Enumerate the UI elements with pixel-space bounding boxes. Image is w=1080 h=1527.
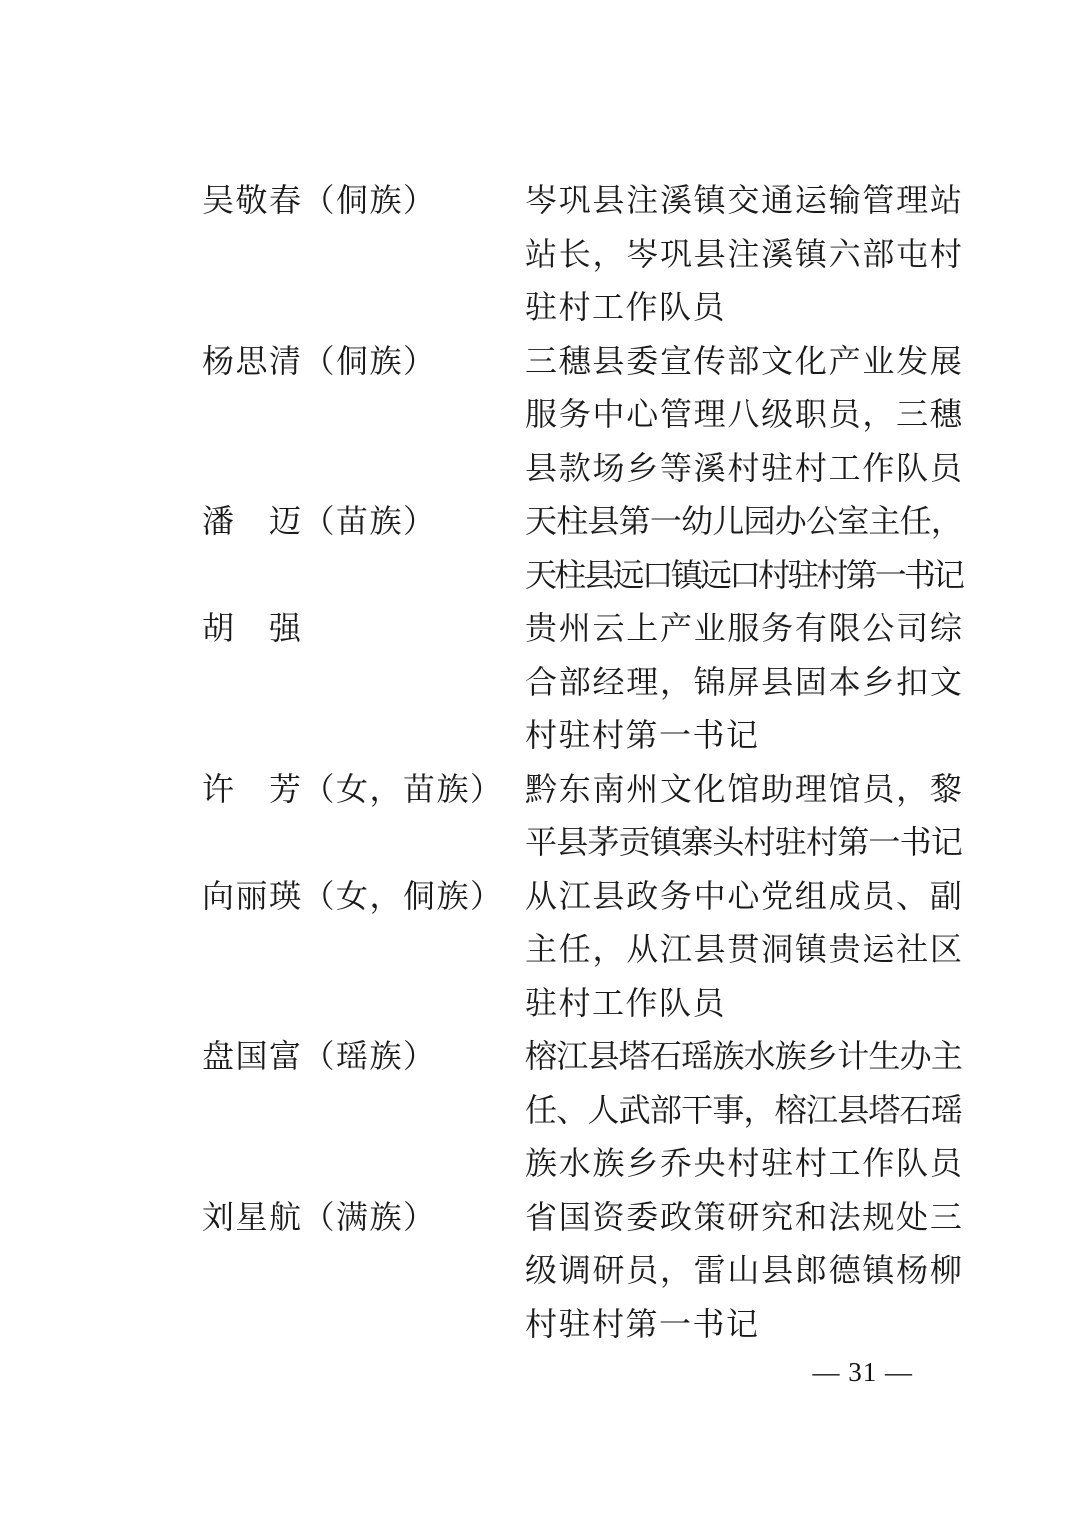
list-item: 胡 强贵州云上产业服务有限公司综合部经理，锦屏县固本乡扣文村驻村第一书记 <box>202 602 962 763</box>
position-line: 三穗县委宣传部文化产业发展 <box>525 335 962 389</box>
position-line: 天柱县第一幼儿园办公室主任， <box>525 495 962 549</box>
person-position: 黔东南州文化馆助理馆员，黎平县茅贡镇寨头村驻村第一书记 <box>525 763 962 870</box>
position-line: 黔东南州文化馆助理馆员，黎 <box>525 763 962 817</box>
person-name: 胡 强 <box>202 602 525 656</box>
award-list: 吴敬春（侗族）岑巩县注溪镇交通运输管理站站长，岑巩县注溪镇六部屯村驻村工作队员杨… <box>202 174 962 1351</box>
list-item: 许 芳（女，苗族）黔东南州文化馆助理馆员，黎平县茅贡镇寨头村驻村第一书记 <box>202 763 962 870</box>
position-line: 服务中心管理八级职员，三穗 <box>525 388 962 442</box>
position-line: 站长，岑巩县注溪镇六部屯村 <box>525 228 962 282</box>
person-position: 岑巩县注溪镇交通运输管理站站长，岑巩县注溪镇六部屯村驻村工作队员 <box>525 174 962 335</box>
person-name: 许 芳（女，苗族） <box>202 763 525 817</box>
position-line: 驻村工作队员 <box>525 281 962 335</box>
list-item: 潘 迈（苗族）天柱县第一幼儿园办公室主任，天柱县远口镇远口村驻村第一书记 <box>202 495 962 602</box>
position-line: 合部经理，锦屏县固本乡扣文 <box>525 656 962 710</box>
person-position: 贵州云上产业服务有限公司综合部经理，锦屏县固本乡扣文村驻村第一书记 <box>525 602 962 763</box>
person-name: 向丽瑛（女，侗族） <box>202 870 525 924</box>
person-name: 盘国富（瑶族） <box>202 1030 525 1084</box>
position-line: 县款场乡等溪村驻村工作队员 <box>525 442 962 496</box>
person-name: 潘 迈（苗族） <box>202 495 525 549</box>
person-name: 吴敬春（侗族） <box>202 174 525 228</box>
list-item: 盘国富（瑶族）榕江县塔石瑶族水族乡计生办主任、人武部干事，榕江县塔石瑶族水族乡乔… <box>202 1030 962 1191</box>
position-line: 榕江县塔石瑶族水族乡计生办主 <box>525 1030 962 1084</box>
list-item: 吴敬春（侗族）岑巩县注溪镇交通运输管理站站长，岑巩县注溪镇六部屯村驻村工作队员 <box>202 174 962 335</box>
list-item: 向丽瑛（女，侗族）从江县政务中心党组成员、副主任，从江县贯洞镇贵运社区驻村工作队… <box>202 870 962 1031</box>
list-item: 刘星航（满族）省国资委政策研究和法规处三级调研员，雷山县郎德镇杨柳村驻村第一书记 <box>202 1191 962 1352</box>
position-line: 驻村工作队员 <box>525 977 962 1031</box>
position-line: 从江县政务中心党组成员、副 <box>525 870 962 924</box>
document-page: 吴敬春（侗族）岑巩县注溪镇交通运输管理站站长，岑巩县注溪镇六部屯村驻村工作队员杨… <box>0 0 1080 1527</box>
position-line: 岑巩县注溪镇交通运输管理站 <box>525 174 962 228</box>
page-number: — 31 — <box>813 1356 914 1388</box>
person-name: 刘星航（满族） <box>202 1191 525 1245</box>
position-line: 平县茅贡镇寨头村驻村第一书记 <box>525 816 962 870</box>
position-line: 省国资委政策研究和法规处三 <box>525 1191 962 1245</box>
list-item: 杨思清（侗族）三穗县委宣传部文化产业发展服务中心管理八级职员，三穗县款场乡等溪村… <box>202 335 962 496</box>
person-position: 天柱县第一幼儿园办公室主任，天柱县远口镇远口村驻村第一书记 <box>525 495 962 602</box>
position-line: 村驻村第一书记 <box>525 709 962 763</box>
person-position: 三穗县委宣传部文化产业发展服务中心管理八级职员，三穗县款场乡等溪村驻村工作队员 <box>525 335 962 496</box>
position-line: 贵州云上产业服务有限公司综 <box>525 602 962 656</box>
person-name: 杨思清（侗族） <box>202 335 525 389</box>
position-line: 族水族乡乔央村驻村工作队员 <box>525 1137 962 1191</box>
position-line: 级调研员，雷山县郎德镇杨柳 <box>525 1244 962 1298</box>
position-line: 天柱县远口镇远口村驻村第一书记 <box>525 549 962 603</box>
position-line: 任、人武部干事，榕江县塔石瑶 <box>525 1084 962 1138</box>
position-line: 村驻村第一书记 <box>525 1298 962 1352</box>
person-position: 省国资委政策研究和法规处三级调研员，雷山县郎德镇杨柳村驻村第一书记 <box>525 1191 962 1352</box>
person-position: 榕江县塔石瑶族水族乡计生办主任、人武部干事，榕江县塔石瑶族水族乡乔央村驻村工作队… <box>525 1030 962 1191</box>
person-position: 从江县政务中心党组成员、副主任，从江县贯洞镇贵运社区驻村工作队员 <box>525 870 962 1031</box>
position-line: 主任，从江县贯洞镇贵运社区 <box>525 923 962 977</box>
